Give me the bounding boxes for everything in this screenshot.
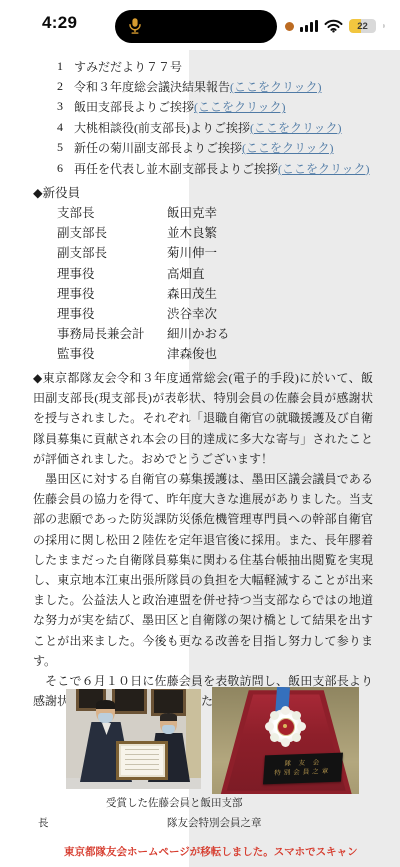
caption-left-photo: 受賞した佐藤会員と飯田支部 [106, 795, 243, 810]
toc-text: 令和３年度総会議決結果報告 [74, 78, 230, 95]
table-row: 理事役 森田茂生 [33, 283, 373, 303]
table-row: 副支部長 菊川伸一 [33, 242, 373, 262]
person-left-masked-face [96, 700, 115, 723]
officer-name: 津森俊也 [167, 344, 217, 362]
table-of-contents: 1 すみだだより７７号 2 令和３年度総会議決結果報告 (ここをクリック) 3 … [33, 56, 373, 178]
status-bar: 4:29 22 [0, 0, 400, 50]
battery-icon: 22 [349, 19, 376, 33]
table-row: 理事役 渋谷幸次 [33, 303, 373, 323]
toc-number: 3 [57, 99, 74, 114]
toc-link[interactable]: (ここをクリック) [278, 160, 370, 177]
phone-screen: 4:29 22 [0, 0, 400, 867]
person-right-masked-face [160, 713, 177, 734]
body-paragraphs: ◆東京都隊友会令和３年度通常総会(電子的手段)に於いて、飯田副支部長(現支部長)… [33, 368, 373, 711]
toc-text: 再任を代表し並木副支部長よりご挨拶 [74, 160, 278, 177]
officer-role: 理事役 [57, 284, 167, 302]
officer-role: 副支部長 [57, 223, 167, 241]
toc-item: 2 令和３年度総会議決結果報告 (ここをクリック) [33, 76, 373, 96]
officer-role: 副支部長 [57, 243, 167, 261]
table-row: 副支部長 並木良繁 [33, 222, 373, 242]
officer-name: 飯田克幸 [167, 203, 217, 221]
wall-frame [151, 689, 186, 716]
paragraph-award: ◆東京都隊友会令和３年度通常総会(電子的手段)に於いて、飯田副支部長(現支部長)… [33, 368, 373, 469]
mic-active-indicator-icon [285, 22, 294, 31]
table-row: 事務局長兼会計 細川かおる [33, 323, 373, 343]
toc-item: 4 大桃相談役(前支部長)よりご挨拶 (ここをクリック) [33, 117, 373, 137]
toc-item: 6 再任を代表し並木副支部長よりご挨拶 (ここをクリック) [33, 158, 373, 178]
photo-medal-case: 隊 友 会 特別会員之章 [212, 687, 359, 794]
microphone-icon [128, 17, 142, 35]
homepage-moved-notice: 東京都隊友会ホームページが移転しました。スマホでスキャン [64, 844, 358, 859]
status-icons: 22 [285, 18, 385, 34]
table-row: 監事役 津森俊也 [33, 343, 373, 363]
caption-left-photo-overflow: 長 [38, 815, 49, 830]
toc-text: 飯田支部長よりご挨拶 [74, 98, 194, 115]
toc-number: 2 [57, 79, 74, 94]
officer-name: 渋谷幸次 [167, 304, 217, 322]
officer-name: 菊川伸一 [167, 243, 217, 261]
toc-text: すみだだより７７号 [74, 58, 182, 75]
toc-link[interactable]: (ここをクリック) [242, 139, 334, 156]
toc-item: 3 飯田支部長よりご挨拶 (ここをクリック) [33, 97, 373, 117]
officer-name: 並木良繁 [167, 223, 217, 241]
clock: 4:29 [42, 13, 77, 33]
caption-right-photo: 隊友会特別会員之章 [167, 815, 262, 830]
toc-link[interactable]: (ここをクリック) [250, 119, 342, 136]
toc-item: 1 すみだだより７７号 [33, 56, 373, 76]
table-row: 支部長 飯田克幸 [33, 202, 373, 222]
officer-name: 細川かおる [167, 324, 230, 342]
plaque-text: 隊 友 会 [284, 759, 322, 768]
framed-certificate [116, 741, 168, 780]
toc-item: 5 新任の菊川副支部長よりご挨拶 (ここをクリック) [33, 138, 373, 158]
toc-number: 6 [57, 161, 74, 176]
cellular-signal-icon [300, 20, 318, 32]
toc-text: 大桃相談役(前支部長)よりご挨拶 [74, 119, 250, 136]
dynamic-island[interactable] [115, 10, 277, 43]
paragraph-recruiting: 墨田区に対する自衛官の募集援護は、墨田区議会議員である佐藤会員の協力を得て、昨年… [33, 469, 373, 671]
officer-name: 森田茂生 [167, 284, 217, 302]
toc-number: 1 [57, 59, 74, 74]
medal-center [277, 718, 295, 736]
photo-award-ceremony [66, 689, 201, 789]
toc-link[interactable]: (ここをクリック) [194, 98, 286, 115]
wall-frame [112, 689, 147, 714]
plaque-text: 特別会員之章 [274, 768, 332, 778]
toc-text: 新任の菊川副支部長よりご挨拶 [74, 139, 242, 156]
officer-role: 理事役 [57, 304, 167, 322]
officers-heading: ◆新役員 [33, 183, 80, 203]
plaque: 隊 友 会 特別会員之章 [263, 753, 343, 785]
officer-role: 事務局長兼会計 [57, 324, 167, 342]
toc-link[interactable]: (ここをクリック) [230, 78, 322, 95]
battery-percent: 22 [349, 19, 376, 33]
officer-role: 監事役 [57, 344, 167, 362]
officer-name: 高畑直 [167, 264, 205, 282]
toc-number: 4 [57, 120, 74, 135]
battery-nub [383, 24, 385, 29]
toc-number: 5 [57, 140, 74, 155]
officer-role: 支部長 [57, 203, 167, 221]
officer-role: 理事役 [57, 264, 167, 282]
wifi-icon [324, 19, 343, 33]
table-row: 理事役 高畑直 [33, 263, 373, 283]
officers-table: 支部長 飯田克幸 副支部長 並木良繁 副支部長 菊川伸一 理事役 高畑直 理事役… [33, 202, 373, 364]
